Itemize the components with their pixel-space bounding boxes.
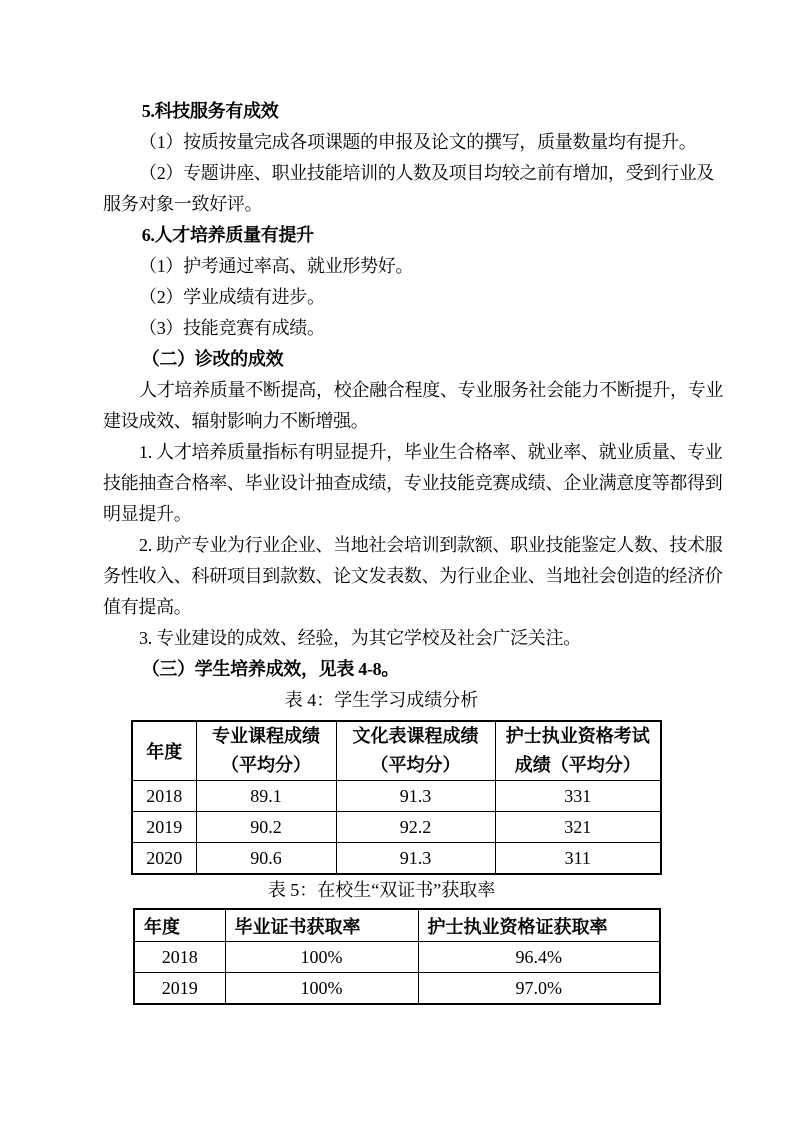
table-cell: 96.4% xyxy=(418,942,660,973)
table-cell: 321 xyxy=(495,812,661,843)
table5-header-row: 年度 毕业证书获取率 护士执业资格证获取率 xyxy=(134,909,660,942)
paragraph-line: 技能抽查合格率、毕业设计抽查成绩，专业技能竞赛成绩、企业满意度等都得到 xyxy=(103,468,721,499)
paragraph-line: 3. 专业建设的成效、经验，为其它学校及社会广泛关注。 xyxy=(103,623,721,654)
paragraph-line: 人才培养质量不断提高，校企融合程度、专业服务社会能力不断提升，专业 xyxy=(103,375,721,406)
table5-header-nurse-cert-rate: 护士执业资格证获取率 xyxy=(418,909,660,942)
table4-header-nurse-exam: 护士执业资格考试 成绩（平均分） xyxy=(495,721,661,781)
table-cell: 331 xyxy=(495,781,661,812)
table-cell: 90.2 xyxy=(196,812,336,843)
table4-header-year: 年度 xyxy=(132,721,196,781)
section-heading-5: 5.科技服务有成效 xyxy=(103,96,721,127)
table-student-scores: 年度 专业课程成绩 （平均分） 文化表课程成绩 （平均分） 护士执业资格考试 成… xyxy=(131,720,662,875)
table5-caption: 表 5：在校生“双证书”获取率 xyxy=(103,875,660,906)
table-cell: 2018 xyxy=(132,781,196,812)
section-heading-san: （三）学生培养成效，见表 4-8。 xyxy=(103,654,721,685)
header-line: （平均分） xyxy=(197,751,336,780)
table-cell: 100% xyxy=(225,942,418,973)
header-line: （平均分） xyxy=(337,751,495,780)
section-heading-6: 6.人才培养质量有提升 xyxy=(103,220,721,251)
document-page: 5.科技服务有成效 （1）按质按量完成各项课题的申报及论文的撰写，质量数量均有提… xyxy=(0,0,793,1122)
paragraph-line: （3）技能竞赛有成绩。 xyxy=(103,313,721,344)
table-cell: 91.3 xyxy=(336,781,495,812)
table-row: 2019 100% 97.0% xyxy=(134,973,660,1005)
table-cell: 97.0% xyxy=(418,973,660,1005)
table-row: 2018 100% 96.4% xyxy=(134,942,660,973)
header-line: 成绩（平均分） xyxy=(496,751,661,780)
table-row: 2018 89.1 91.3 331 xyxy=(132,781,661,812)
paragraph-line: 2. 助产专业为行业企业、当地社会培训到款额、职业技能鉴定人数、技术服 xyxy=(103,530,721,561)
paragraph-line: 明显提升。 xyxy=(103,499,721,530)
table-cell: 91.3 xyxy=(336,843,495,875)
table5-header-diploma-rate: 毕业证书获取率 xyxy=(225,909,418,942)
header-line: 护士执业资格考试 xyxy=(496,722,661,751)
table-cell: 2019 xyxy=(132,812,196,843)
table-dual-certificate: 年度 毕业证书获取率 护士执业资格证获取率 2018 100% 96.4% 20… xyxy=(133,908,661,1005)
table-cell: 89.1 xyxy=(196,781,336,812)
table4-header-major-score: 专业课程成绩 （平均分） xyxy=(196,721,336,781)
table-cell: 90.6 xyxy=(196,843,336,875)
paragraph-line: （1）按质按量完成各项课题的申报及论文的撰写，质量数量均有提升。 xyxy=(103,127,721,158)
table5-header-year: 年度 xyxy=(134,909,225,942)
paragraph-line: 服务对象一致好评。 xyxy=(103,189,721,220)
table-row: 2019 90.2 92.2 321 xyxy=(132,812,661,843)
table4-header-culture-score: 文化表课程成绩 （平均分） xyxy=(336,721,495,781)
section-heading-er: （二）诊改的成效 xyxy=(103,344,721,375)
table-cell: 2020 xyxy=(132,843,196,875)
table-cell: 100% xyxy=(225,973,418,1005)
document-content: 5.科技服务有成效 （1）按质按量完成各项课题的申报及论文的撰写，质量数量均有提… xyxy=(103,96,721,1005)
table4-header-row: 年度 专业课程成绩 （平均分） 文化表课程成绩 （平均分） 护士执业资格考试 成… xyxy=(132,721,661,781)
table-cell: 311 xyxy=(495,843,661,875)
table-cell: 2018 xyxy=(134,942,225,973)
header-line: 文化表课程成绩 xyxy=(337,722,495,751)
paragraph-line: （1）护考通过率高、就业形势好。 xyxy=(103,251,721,282)
paragraph-line: （2）学业成绩有进步。 xyxy=(103,282,721,313)
table-row: 2020 90.6 91.3 311 xyxy=(132,843,661,875)
paragraph-line: 1. 人才培养质量指标有明显提升，毕业生合格率、就业率、就业质量、专业 xyxy=(103,437,721,468)
table-cell: 92.2 xyxy=(336,812,495,843)
paragraph-line: 建设成效、辐射影响力不断增强。 xyxy=(103,406,721,437)
paragraph-line: 值有提高。 xyxy=(103,592,721,623)
paragraph-line: （2）专题讲座、职业技能培训的人数及项目均较之前有增加，受到行业及 xyxy=(103,158,721,189)
table4-caption: 表 4：学生学习成绩分析 xyxy=(103,685,660,716)
paragraph-line: 务性收入、科研项目到款数、论文发表数、为行业企业、当地社会创造的经济价 xyxy=(103,561,721,592)
header-line: 专业课程成绩 xyxy=(197,722,336,751)
table-cell: 2019 xyxy=(134,973,225,1005)
